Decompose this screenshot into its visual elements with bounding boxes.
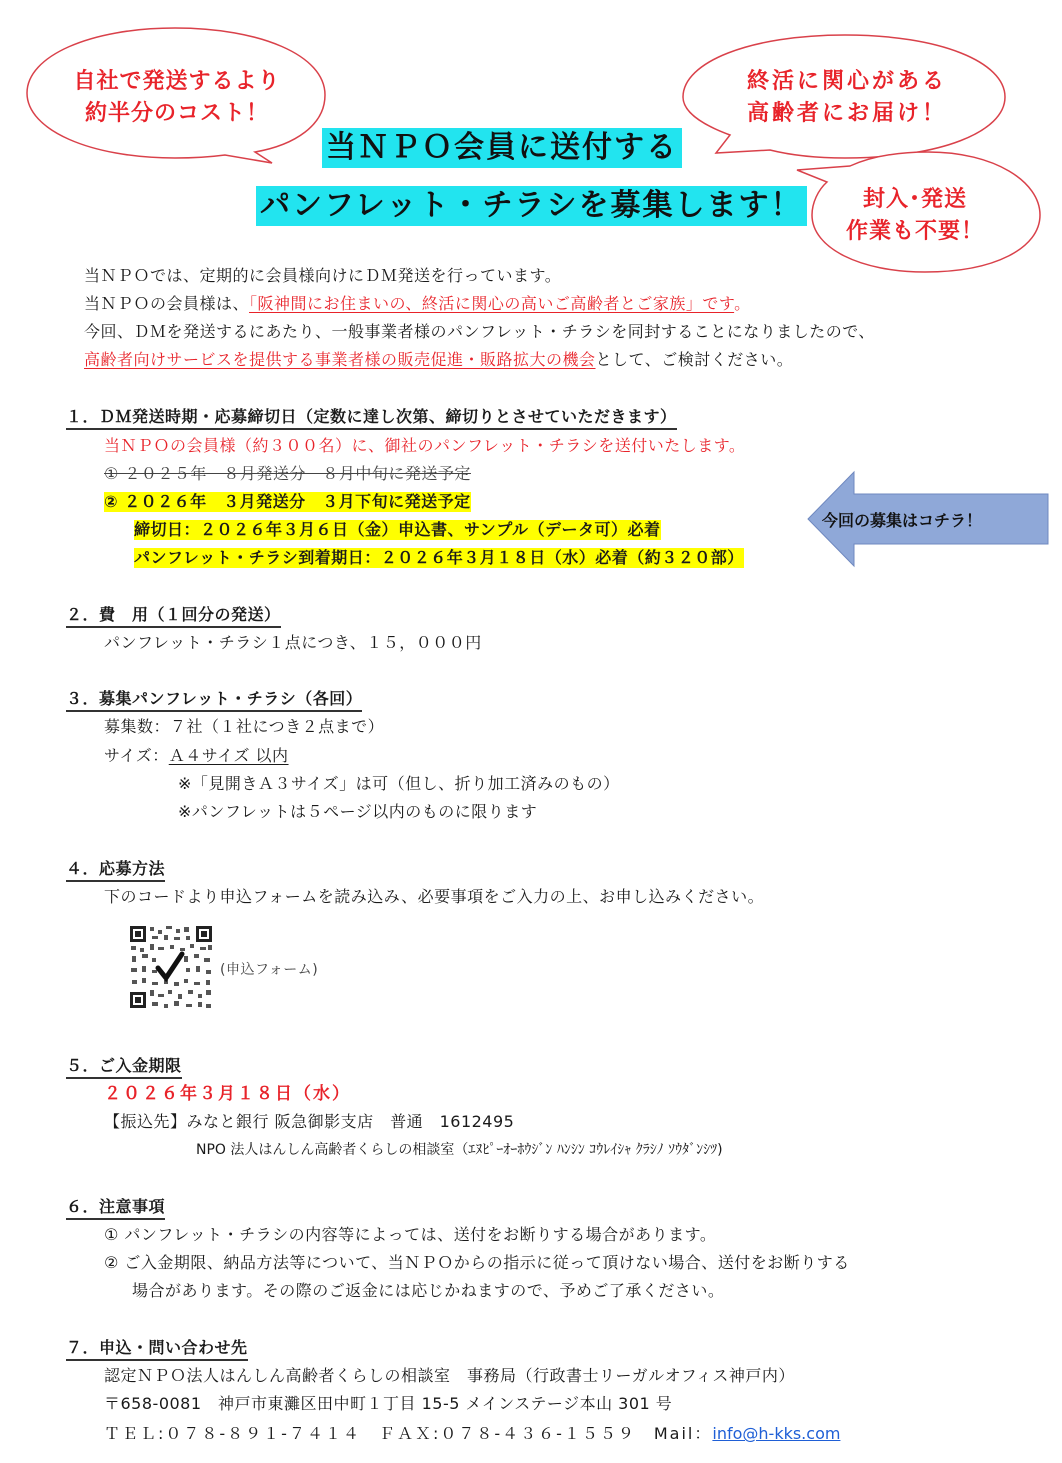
section3-count: 募集数：７社（１社につき２点まで） <box>104 717 384 737</box>
section3-note2: ※パンフレットは５ページ以内のものに限ります <box>178 802 537 822</box>
section3-note1: ※「見開きＡ３サイズ」は可（但し、折り加工済みのもの） <box>178 774 620 794</box>
section5-payment-date: ２０２６年３月１８日（水） <box>104 1084 351 1104</box>
intro-line2-highlight: 「阪神間にお住まいの、終活に関心の高いご高齢者とご家族」です <box>249 294 734 313</box>
section2-fee: パンフレット・チラシ１点につき、１５，０００円 <box>104 633 482 653</box>
intro-line2-prefix: 当ＮＰＯの会員様は、 <box>84 294 249 313</box>
section4-instructions: 下のコードより申込フォームを読み込み、必要事項をご入力の上、お申し込みください。 <box>104 887 764 907</box>
intro-line1: 当ＮＰＯでは、定期的に会員様向けにＤＭ発送を行っています。 <box>84 266 561 286</box>
intro-line3: 今回、ＤＭを発送するにあたり、一般事業者様のパンフレット・チラシを同封することに… <box>84 322 875 342</box>
bubble-right-top: 終活に関心がある 高齢者にお届け！ <box>722 66 972 130</box>
section7-organization: 認定ＮＰＯ法人はんしん高齢者くらしの相談室 事務局（行政書士リーガルオフィス神戸… <box>104 1366 795 1386</box>
section3-title: ３．募集パンフレット・チラシ（各回） <box>66 689 362 712</box>
section6-item2-line1: ② ご入金期限、納品方法等について、当ＮＰＯからの指示に従って頂けない場合、送付… <box>104 1253 850 1273</box>
email-link[interactable]: info@h-kks.com <box>712 1424 840 1443</box>
section5-account-name: NPO 法人はんしん高齢者くらしの相談室（ｴﾇﾋﾟｰｵｰﾎｳｼﾞﾝ ﾊﾝｼﾝ ｺ… <box>196 1140 723 1160</box>
section1-item2: ② ２０２６年 ３月発送分 ３月下旬に発送予定 <box>104 492 471 512</box>
section6-title: ６．注意事項 <box>66 1197 165 1220</box>
section3-size: サイズ：Ａ４サイズ 以内 <box>104 746 289 766</box>
intro-line2: 当ＮＰＯの会員様は、「阪神間にお住まいの、終活に関心の高いご高齢者とご家族」です… <box>84 294 751 314</box>
bubble-right-bottom-line1: 封入･発送 <box>830 184 1000 216</box>
intro-line4-suffix: として、ご検討ください。 <box>596 350 794 369</box>
bubble-right-top-line2: 高齢者にお届け！ <box>722 98 972 130</box>
intro-line4: 高齢者向けサービスを提供する事業者様の販売促進・販路拡大の機会として、ご検討くだ… <box>84 350 793 370</box>
bubble-left: 自社で発送するより 約半分のコスト！ <box>62 66 292 130</box>
qr-code[interactable] <box>128 924 214 1010</box>
section3-size-value: Ａ４サイズ 以内 <box>169 746 289 765</box>
section1-item1-cancelled: ① ２０２５年 ８月発送分 ８月中旬に発送予定 <box>104 464 471 484</box>
bubble-right-top-line1: 終活に関心がある <box>722 66 972 98</box>
section1-note: 当ＮＰＯの会員様（約３００名）に、御社のパンフレット・チラシを送付いたします。 <box>104 436 745 456</box>
section1-deadline: 締切日：２０２６年３月６日（金）申込書、サンプル（データ可）必着 <box>134 520 661 540</box>
section1-title: １．ＤＭ発送時期・応募締切日（定数に達し次第、締切りとさせていただきます） <box>66 407 677 430</box>
intro-line4-highlight: 高齢者向けサービスを提供する事業者様の販売促進・販路拡大の機会 <box>84 350 596 369</box>
section6-item2-line2: 場合があります。その際のご返金には応じかねますので、予めご了承ください。 <box>132 1281 724 1301</box>
arrow-callout-label: 今回の募集はコチラ！ <box>822 508 982 531</box>
bubble-left-line2: 約半分のコスト！ <box>62 98 292 130</box>
bubble-right-bottom: 封入･発送 作業も不要！ <box>830 184 1000 248</box>
section7-tel-fax: ＴＥＬ:０７８-８９１-７４１４ ＦＡＸ:０７８-４３６-１５５９ Mail： <box>104 1424 712 1443</box>
qr-label: (申込フォーム) <box>220 960 318 980</box>
section7-title: ７．申込・問い合わせ先 <box>66 1338 248 1361</box>
section1-arrival: パンフレット・チラシ到着期日：２０２６年３月１８日（水）必着（約３２０部） <box>134 548 744 568</box>
section7-contact: ＴＥＬ:０７８-８９１-７４１４ ＦＡＸ:０７８-４３６-１５５９ Mail：i… <box>104 1424 840 1444</box>
section4-title: ４．応募方法 <box>66 859 165 882</box>
section5-title: ５．ご入金期限 <box>66 1056 182 1079</box>
bubble-right-bottom-line2: 作業も不要！ <box>830 216 1000 248</box>
section3-size-label: サイズ： <box>104 746 169 765</box>
section6-item1: ① パンフレット・チラシの内容等によっては、送付をお断りする場合があります。 <box>104 1225 716 1245</box>
bubble-left-line1: 自社で発送するより <box>62 66 292 98</box>
section2-title: ２．費 用（１回分の発送） <box>66 605 281 628</box>
page-title-line1: 当ＮＰＯ会員に送付する <box>322 128 682 168</box>
section5-bank-info: 【振込先】みなと銀行 阪急御影支店 普通 1612495 <box>104 1112 514 1132</box>
intro-line2-suffix: 。 <box>734 294 751 313</box>
page-title-line2: パンフレット・チラシを募集します！ <box>256 186 807 226</box>
section7-address: 〒658-0081 神戸市東灘区田中町１丁目 15-5 メインステージ本山 30… <box>104 1394 672 1414</box>
